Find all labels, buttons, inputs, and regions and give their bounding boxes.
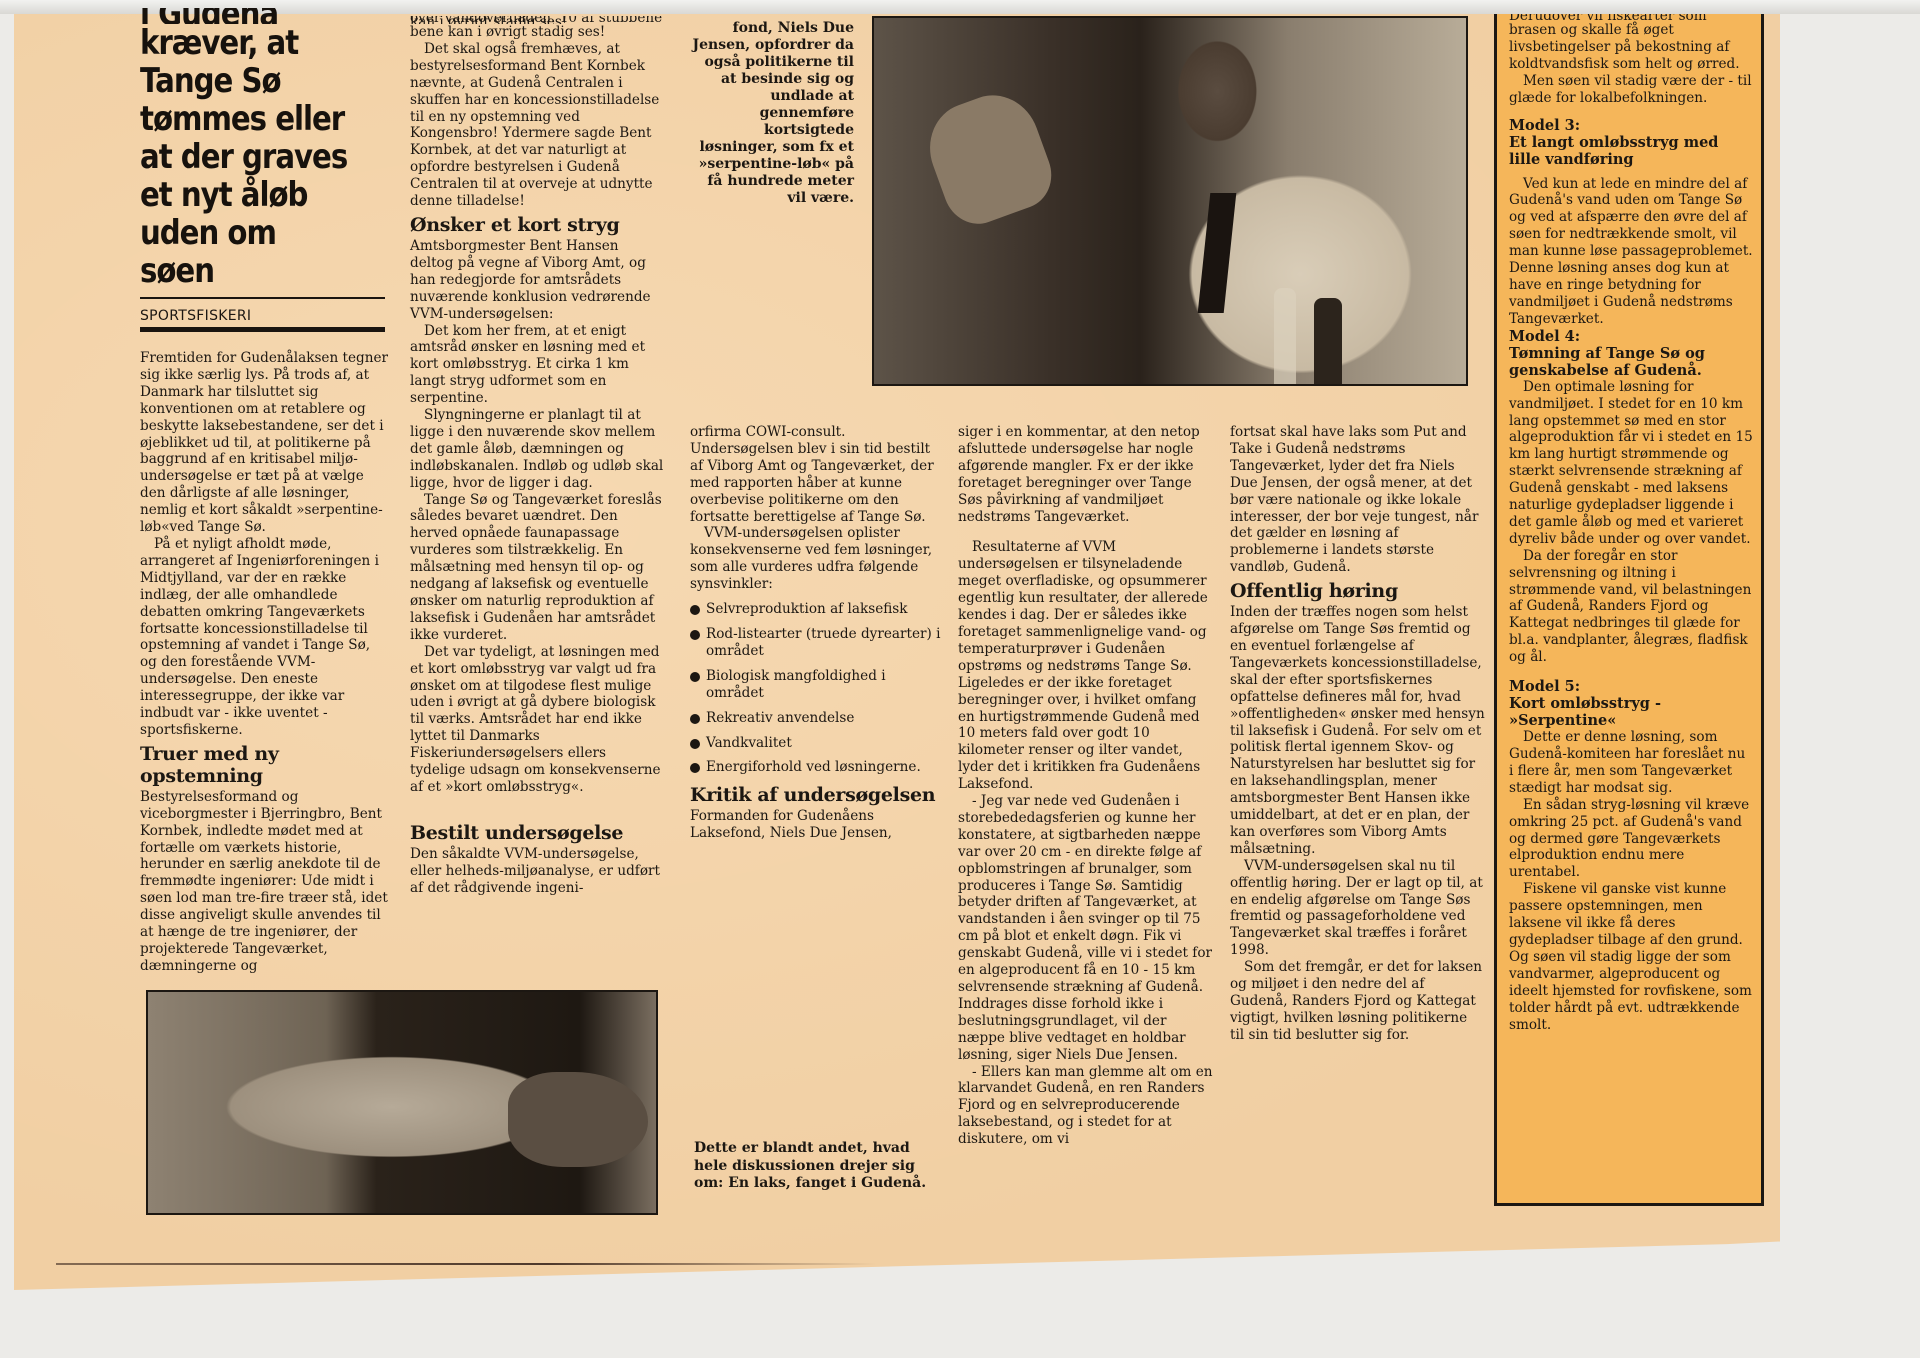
body-paragraph: Amtsborgmester Bent Hansen deltog på veg…	[410, 238, 665, 323]
subheading: Offentlig høring	[1230, 580, 1485, 602]
article-headline: i Gudenå kræver, at Tange Sø tømmes elle…	[140, 8, 355, 290]
subheading: Truer med ny opstemning	[140, 743, 390, 787]
box-paragraph: Men søen vil stadig være der - til glæde…	[1509, 73, 1753, 107]
body-paragraph: Bestyrelsesformand og viceborgmester i B…	[140, 789, 390, 975]
section-label: SPORTSFISKERI	[140, 297, 385, 332]
bullet-icon	[690, 714, 700, 724]
column-5: fortsat skal have laks som Put and Take …	[1230, 424, 1485, 1044]
body-paragraph: bene kan i øvrigt stadig ses!	[410, 24, 665, 41]
partial-line: Derudover vil fiskearter som	[1509, 14, 1753, 22]
photo-caption: Dette er blandt andet, hvad hele diskuss…	[694, 1140, 944, 1193]
model-4-title: Model 4:	[1509, 328, 1753, 345]
body-paragraph: orfirma COWI-consult. Undersøgelsen blev…	[690, 424, 945, 525]
model-5-title: Model 5:	[1509, 678, 1753, 695]
box-paragraph: Da der foregår en stor selvrensning og i…	[1509, 548, 1753, 666]
list-item: Selvreproduktion af laksefisk	[690, 601, 945, 618]
body-paragraph: Det skal også fremhæves, at bestyrelsesf…	[410, 41, 665, 210]
body-paragraph: siger i en kommentar, at den netop afslu…	[958, 424, 1213, 525]
column-1: Fremtiden for Gudenålaksen tegner sig ik…	[140, 350, 390, 975]
sidebar-models-box: Derudover vil fiskearter som brasen og s…	[1494, 14, 1764, 1206]
subheading: Ønsker et kort stryg	[410, 214, 665, 236]
model-3-subtitle: Et langt omløbsstryg med lille vandførin…	[1509, 134, 1753, 168]
body-paragraph: - Ellers kan man glemme alt om en klarva…	[958, 1064, 1213, 1149]
headline-partial-line: i Gudenå	[140, 8, 355, 24]
column-3: orfirma COWI-consult. Undersøgelsen blev…	[690, 424, 945, 842]
body-paragraph: VVM-undersøgelsen oplister konsekvensern…	[690, 525, 945, 593]
bullet-icon	[690, 630, 700, 640]
body-paragraph: Resultaterne af VVM undersøgelsen er til…	[958, 539, 1213, 793]
list-item: Biologisk mangfoldighed i området	[690, 668, 945, 702]
box-paragraph: Fiskene vil ganske vist kunne passere op…	[1509, 881, 1753, 1033]
photo-detail-bottle	[1274, 288, 1296, 386]
body-paragraph: Inden der træffes nogen som helst afgøre…	[1230, 604, 1485, 858]
box-paragraph: Dette er denne løsning, som Gudenå-komit…	[1509, 729, 1753, 797]
model-3-title: Model 3:	[1509, 117, 1753, 134]
headline-line: Tange Sø	[140, 62, 355, 100]
subheading: Bestilt undersøgelse	[410, 822, 665, 844]
photo-salmon	[146, 990, 658, 1215]
bullet-icon	[690, 763, 700, 773]
model-4-subtitle: Tømning af Tange Sø og genskabelse af Gu…	[1509, 345, 1753, 379]
body-paragraph: Som det fremgår, er det for laksen og mi…	[1230, 959, 1485, 1044]
fold-line	[56, 1263, 876, 1265]
pull-quote: fond, Niels Due Jensen, opfordrer da ogs…	[692, 20, 854, 207]
column-4: siger i en kommentar, at den netop afslu…	[958, 424, 1213, 1148]
body-paragraph: På et nyligt afholdt møde, arrangeret af…	[140, 536, 390, 739]
box-paragraph: brasen og skalle få øget livsbetingelser…	[1509, 22, 1753, 73]
body-paragraph: Tange Sø og Tangeværket foreslås således…	[410, 492, 665, 644]
body-paragraph: VVM-undersøgelsen skal nu til offentlig …	[1230, 858, 1485, 959]
body-paragraph: - Jeg var nede ved Gudenåen i storebeded…	[958, 793, 1213, 1064]
photo-detail-bottle	[1314, 298, 1342, 386]
body-paragraph: Det kom her frem, at et enigt amtsråd øn…	[410, 323, 665, 408]
partial-line: over vandoverfladen. 10 af stubbene kan …	[410, 16, 665, 24]
headline-line: tømmes eller	[140, 100, 355, 138]
body-paragraph: Den såkaldte VVM-undersøgelse, eller hel…	[410, 846, 665, 897]
bullet-icon	[690, 672, 700, 682]
list-item: Rekreativ anvendelse	[690, 710, 945, 727]
headline-line: at der graves	[140, 138, 355, 176]
viewpoint-list: Selvreproduktion af laksefisk Rod-listea…	[690, 601, 945, 776]
list-item: Vandkvalitet	[690, 735, 945, 752]
body-paragraph: Slyngningerne er planlagt til at ligge i…	[410, 407, 665, 492]
photo-detail-fish-head	[508, 1072, 648, 1167]
model-5-subtitle: Kort omløbsstryg - »Serpentine«	[1509, 695, 1753, 729]
list-item: Energiforhold ved løsningerne.	[690, 759, 945, 776]
headline-line: et nyt åløb	[140, 176, 355, 214]
bullet-icon	[690, 739, 700, 749]
body-paragraph: Det var tydeligt, at løsningen med et ko…	[410, 644, 665, 796]
headline-line: kræver, at	[140, 24, 355, 62]
box-paragraph: Ved kun at lede en mindre del af Gudenå'…	[1509, 176, 1753, 328]
bullet-icon	[690, 605, 700, 615]
box-paragraph: Den optimale løsning for vandmiljøet. I …	[1509, 379, 1753, 548]
column-2: over vandoverfladen. 10 af stubbene kan …	[410, 16, 665, 897]
photo-detail-hand	[917, 83, 1061, 233]
headline-line: uden om søen	[140, 214, 355, 290]
body-paragraph: Fremtiden for Gudenålaksen tegner sig ik…	[140, 350, 390, 536]
body-paragraph: Formanden for Gudenåens Laksefond, Niels…	[690, 808, 945, 842]
list-item: Rod-listearter (truede dyrearter) i områ…	[690, 626, 945, 660]
subheading: Kritik af undersøgelsen	[690, 784, 945, 806]
box-paragraph: En sådan stryg-løsning vil kræve omkring…	[1509, 797, 1753, 882]
photo-detail-tie	[1198, 193, 1237, 313]
body-paragraph: fortsat skal have laks som Put and Take …	[1230, 424, 1485, 576]
photo-speaker	[872, 16, 1468, 386]
